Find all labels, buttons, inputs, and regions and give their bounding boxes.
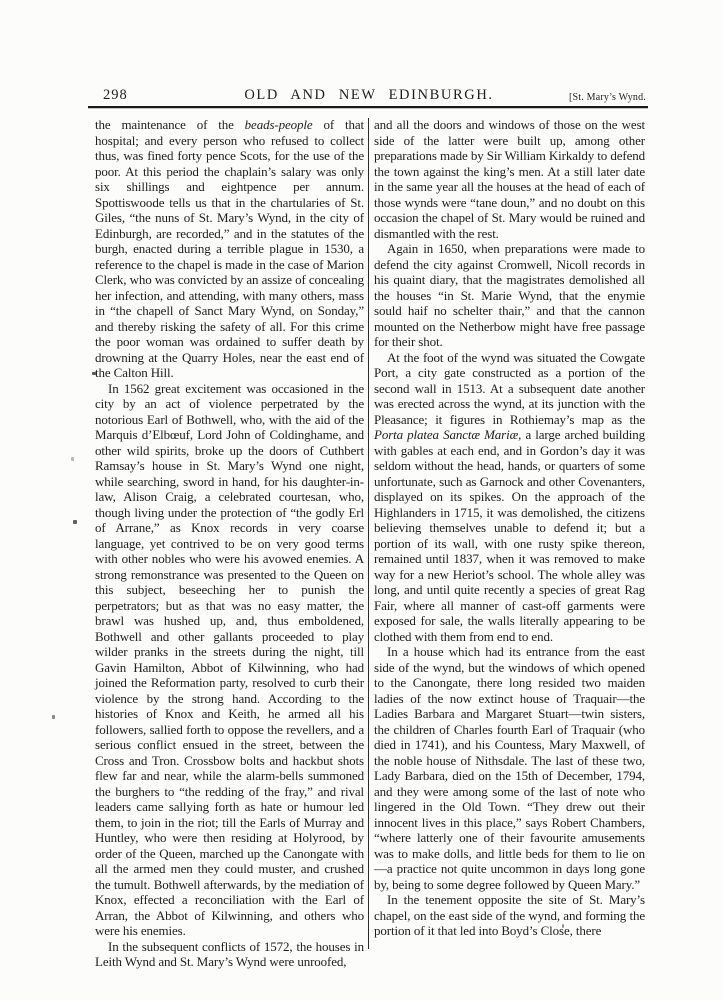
text-column-left: the maintenance of the beads-people of t…	[95, 117, 364, 970]
scan-speck	[562, 924, 564, 928]
paragraph: In the subsequent conflicts of 1572, the…	[95, 939, 364, 970]
paragraph: In a house which had its entrance from t…	[374, 644, 645, 892]
text-run: Again in 1650, when preparations were ma…	[374, 241, 645, 349]
text-run: of that hospital; and every person who r…	[95, 117, 364, 380]
paragraph: At the foot of the wynd was situated the…	[374, 350, 645, 645]
text-column-right: and all the doors and windows of those o…	[374, 117, 645, 939]
text-run: In the tenement opposite the site of St.…	[374, 892, 645, 938]
text-run: In the subsequent conflicts of 1572, the…	[95, 939, 364, 970]
scan-speck	[73, 520, 77, 524]
page-header: 298 OLD AND NEW EDINBURGH. [St. Mary’s W…	[90, 84, 648, 104]
header-rule	[88, 106, 648, 108]
column-divider	[368, 118, 369, 949]
paragraph: Again in 1650, when preparations were ma…	[374, 241, 645, 350]
text-run: the maintenance of the	[95, 117, 245, 132]
text-run: In a house which had its entrance from t…	[374, 644, 645, 892]
scan-speck	[92, 372, 96, 375]
italic-text-run: Porta platea Sanctæ Mariæ	[374, 427, 518, 442]
paragraph: In 1562 great excitement was occasioned …	[95, 381, 364, 939]
paragraph: the maintenance of the beads-people of t…	[95, 117, 364, 381]
scan-speck	[71, 457, 74, 461]
italic-text-run: beads-people	[245, 117, 313, 132]
paragraph: and all the doors and windows of those o…	[374, 117, 645, 241]
book-page: 298 OLD AND NEW EDINBURGH. [St. Mary’s W…	[0, 0, 722, 1000]
scan-speck	[52, 715, 55, 719]
book-title: OLD AND NEW EDINBURGH.	[90, 87, 648, 104]
paragraph: In the tenement opposite the site of St.…	[374, 892, 645, 939]
text-run: and all the doors and windows of those o…	[374, 117, 645, 241]
running-head: [St. Mary’s Wynd.	[569, 92, 646, 103]
text-run: At the foot of the wynd was situated the…	[374, 350, 645, 427]
text-run: , a large arched building with gables at…	[374, 427, 645, 644]
text-run: In 1562 great excitement was occasioned …	[95, 381, 364, 939]
